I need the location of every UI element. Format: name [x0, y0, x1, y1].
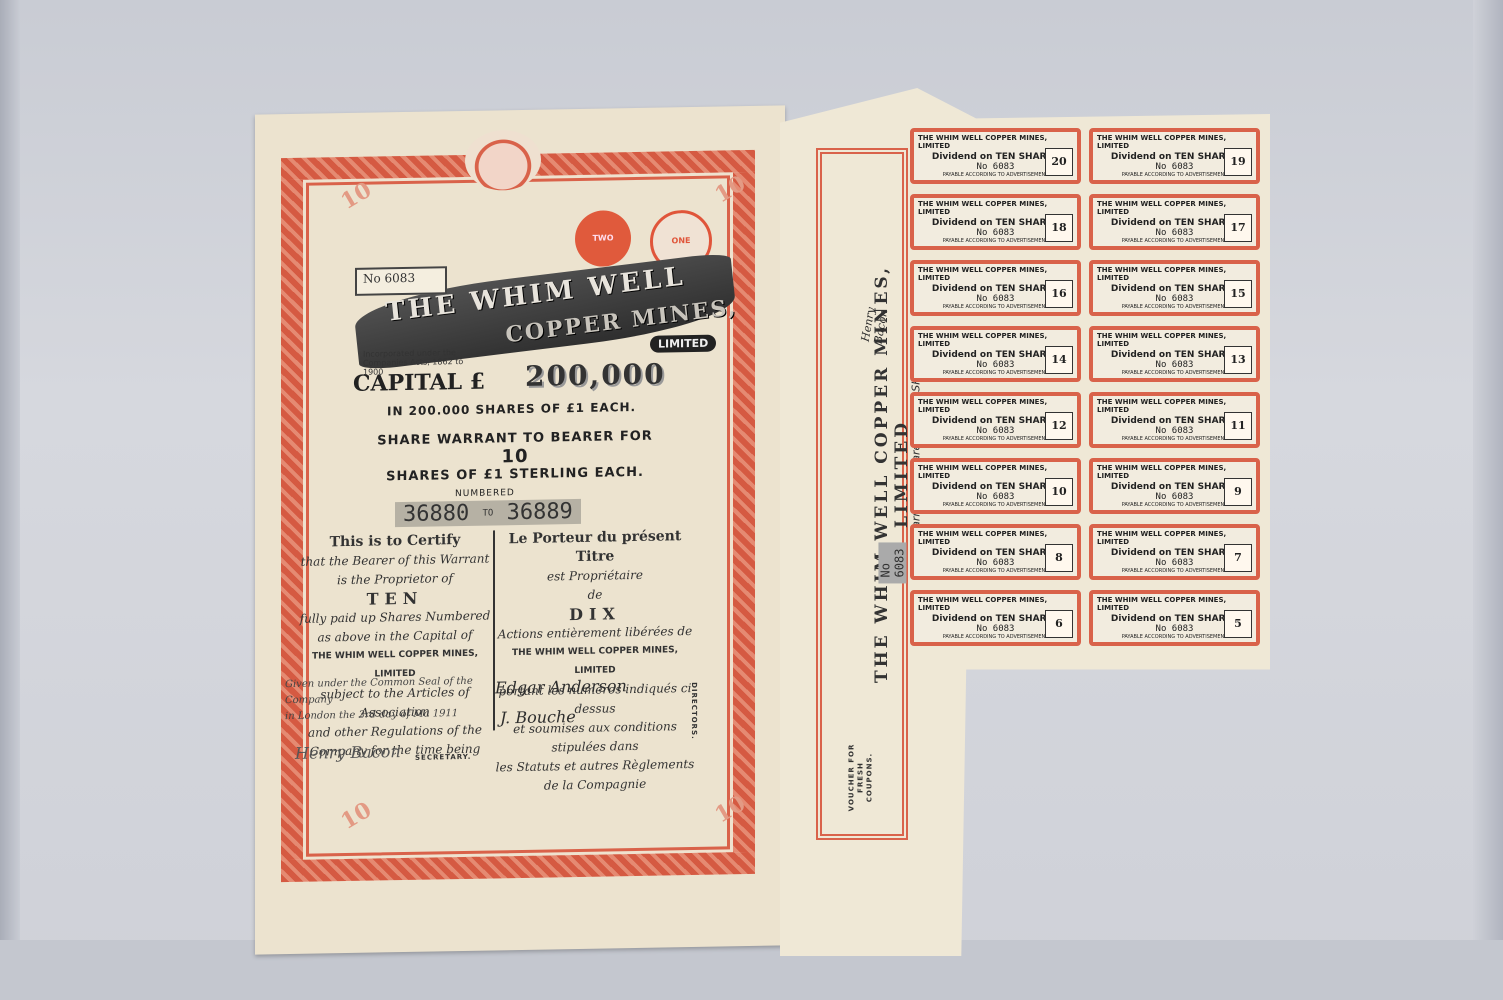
dividend-coupon[interactable]: THE WHIM WELL COPPER MINES, LIMITEDDivid…	[910, 392, 1081, 448]
french-line: de la Compagnie	[495, 774, 695, 796]
english-text-block: This is to Certify that the Bearer of th…	[295, 530, 495, 761]
dividend-coupon[interactable]: THE WHIM WELL COPPER MINES, LIMITEDDivid…	[1089, 392, 1260, 448]
french-text-block: Le Porteur du présent Titre est Propriét…	[495, 527, 695, 796]
french-line: les Statuts et autres Règlements	[495, 755, 695, 777]
coupon-number: 13	[1224, 346, 1252, 374]
share-number-range: 36880 TO 36889	[395, 499, 581, 527]
capital-label: CAPITAL £	[353, 369, 485, 397]
coupon-number: 16	[1045, 280, 1073, 308]
coupon-grid: THE WHIM WELL COPPER MINES, LIMITEDDivid…	[910, 128, 1260, 646]
voucher-label: VOUCHER FOR FRESH COUPONS.	[848, 737, 875, 819]
coupon-number: 14	[1045, 346, 1073, 374]
coupon-number: 20	[1045, 148, 1073, 176]
backdrop-right-edge	[1473, 0, 1503, 1000]
english-line: that the Bearer of this Warrant	[295, 549, 495, 571]
range-to-label: TO	[482, 508, 493, 518]
dividend-coupon[interactable]: THE WHIM WELL COPPER MINES, LIMITEDDivid…	[910, 260, 1081, 316]
seal-statement: Given under the Common Seal of the Compa…	[285, 674, 485, 725]
dividend-coupon[interactable]: THE WHIM WELL COPPER MINES, LIMITEDDivid…	[1089, 590, 1260, 646]
limited-badge: LIMITED	[650, 335, 716, 353]
seal-line1: Given under the Common Seal of the Compa…	[285, 674, 485, 709]
coupon-sheet: THE WHIM WELL COPPER MINES, LIMITED Shar…	[780, 88, 1270, 956]
share-certificate: 10 10 10 10 TWO SHILLINGS ONE SHILLING N…	[255, 105, 785, 954]
dividend-coupon[interactable]: THE WHIM WELL COPPER MINES, LIMITEDDivid…	[1089, 524, 1260, 580]
french-heading: Le Porteur du présent Titre	[495, 527, 695, 568]
coupon-number: 18	[1045, 214, 1073, 242]
dividend-coupon[interactable]: THE WHIM WELL COPPER MINES, LIMITEDDivid…	[1089, 326, 1260, 382]
coupon-number: 19	[1224, 148, 1252, 176]
capital-amount: 200,000	[525, 357, 666, 392]
backdrop-left-edge	[0, 0, 20, 1000]
coupon-number: 5	[1224, 610, 1252, 638]
backdrop-floor	[0, 940, 1503, 1000]
voucher-stub: THE WHIM WELL COPPER MINES, LIMITED Shar…	[816, 148, 908, 840]
dividend-coupon[interactable]: THE WHIM WELL COPPER MINES, LIMITEDDivid…	[1089, 260, 1260, 316]
range-to: 36889	[507, 499, 573, 525]
coupon-number: 10	[1045, 478, 1073, 506]
coupon-number: 9	[1224, 478, 1252, 506]
secretary-signature: Henry Bacon	[295, 742, 401, 763]
dividend-coupon[interactable]: THE WHIM WELL COPPER MINES, LIMITEDDivid…	[910, 458, 1081, 514]
dividend-coupon[interactable]: THE WHIM WELL COPPER MINES, LIMITEDDivid…	[910, 128, 1081, 184]
numbered-label: NUMBERED	[455, 488, 515, 499]
secretary-label: SECRETARY.	[415, 753, 471, 762]
coupon-number: 17	[1224, 214, 1252, 242]
dividend-coupon[interactable]: THE WHIM WELL COPPER MINES, LIMITEDDivid…	[910, 194, 1081, 250]
dividend-coupon[interactable]: THE WHIM WELL COPPER MINES, LIMITEDDivid…	[1089, 458, 1260, 514]
coupon-number: 15	[1224, 280, 1252, 308]
dividend-coupon[interactable]: THE WHIM WELL COPPER MINES, LIMITEDDivid…	[910, 524, 1081, 580]
dividend-coupon[interactable]: THE WHIM WELL COPPER MINES, LIMITEDDivid…	[1089, 128, 1260, 184]
stub-number: No 6083	[878, 543, 906, 584]
range-from: 36880	[403, 501, 469, 527]
coupon-number: 7	[1224, 544, 1252, 572]
director-signature: J. Bouche	[500, 707, 576, 727]
directors-label: DIRECTORS.	[690, 682, 698, 740]
coupon-number: 12	[1045, 412, 1073, 440]
director-signature: Edgar Anderson	[495, 676, 627, 697]
coupon-number: 11	[1224, 412, 1252, 440]
dividend-coupon[interactable]: THE WHIM WELL COPPER MINES, LIMITEDDivid…	[910, 590, 1081, 646]
coupon-number: 6	[1045, 610, 1073, 638]
dividend-coupon[interactable]: THE WHIM WELL COPPER MINES, LIMITEDDivid…	[910, 326, 1081, 382]
warrant-heading: SHARE WARRANT TO BEARER FOR 10 SHARES OF…	[355, 427, 675, 487]
coupon-number: 8	[1045, 544, 1073, 572]
dividend-coupon[interactable]: THE WHIM WELL COPPER MINES, LIMITEDDivid…	[1089, 194, 1260, 250]
